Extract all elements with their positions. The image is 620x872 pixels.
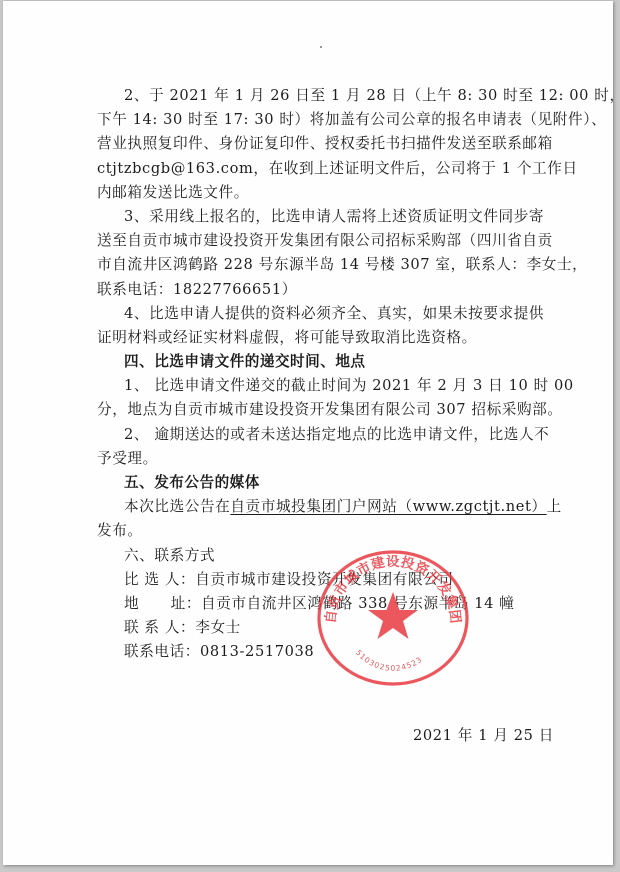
contact-row-person: 联 系 人：李女士 bbox=[97, 616, 537, 640]
text-line: 本次比选公告在自贡市城投集团门户网站（www.zgctjt.net）上 bbox=[97, 495, 537, 519]
text-line: 分，地点为自贡市城市建设投资开发集团有限公司 307 招标采购部。 bbox=[97, 398, 537, 422]
text-line: 送至自贡市城市建设投资开发集团有限公司招标采购部（四川省自贡 bbox=[97, 229, 537, 253]
scan-speck bbox=[320, 46, 322, 48]
text-line: 1、 比选申请文件递交的截止时间为 2021 年 2 月 3 日 10 时 00 bbox=[97, 374, 537, 398]
paragraph-submission-1: 1、 比选申请文件递交的截止时间为 2021 年 2 月 3 日 10 时 00… bbox=[97, 374, 537, 422]
contact-label: 联 系 人： bbox=[124, 616, 195, 640]
section-heading-contact: 六、联系方式 bbox=[97, 544, 537, 568]
contact-list: 比 选 人：自贡市城市建设投资开发集团有限公司 地 址：自贡市自流井区鸿鹤路 3… bbox=[97, 568, 537, 665]
media-suffix: 上 bbox=[547, 498, 562, 515]
text-line: 2、于 2021 年 1 月 26 日至 1 月 28 日（上午 8: 30 时… bbox=[97, 84, 537, 108]
text-line: 4、比选申请人提供的资料必须齐全、真实，如果未按要求提供 bbox=[97, 302, 537, 326]
contact-value: 自贡市城市建设投资开发集团有限公司 bbox=[195, 571, 453, 588]
contact-value: 0813-2517038 bbox=[200, 643, 314, 660]
paragraph-item-4: 4、比选申请人提供的资料必须齐全、真实，如果未按要求提供 证明材料或经证实材料虚… bbox=[97, 302, 537, 350]
text-line: 发布。 bbox=[97, 519, 537, 543]
contact-row-address: 地 址：自贡市自流井区鸿鹤路 338 号东源半岛 14 幢 bbox=[97, 592, 537, 616]
paragraph-item-2: 2、于 2021 年 1 月 26 日至 1 月 28 日（上午 8: 30 时… bbox=[97, 84, 537, 205]
text-line: 市自流井区鸿鹤路 228 号东源半岛 14 号楼 307 室，联系人：李女士， bbox=[97, 253, 537, 277]
section-heading-submission: 四、比选申请文件的递交时间、地点 bbox=[97, 350, 537, 374]
text-line: 联系电话：18227766651） bbox=[97, 278, 537, 302]
text-line: 下午 14: 30 时至 17: 30 时）将加盖有公司公章的报名申请表（见附件… bbox=[97, 108, 537, 132]
website-link[interactable]: 自贡市城投集团门户网站（www.zgctjt.net） bbox=[230, 498, 546, 515]
contact-value: 李女士 bbox=[195, 619, 241, 636]
document-page: 2、于 2021 年 1 月 26 日至 1 月 28 日（上午 8: 30 时… bbox=[3, 1, 613, 865]
text-line: 内邮箱发送比选文件。 bbox=[97, 181, 537, 205]
contact-row-company: 比 选 人：自贡市城市建设投资开发集团有限公司 bbox=[97, 568, 537, 592]
paragraph-item-3: 3、采用线上报名的，比选申请人需将上述资质证明文件同步寄 送至自贡市城市建设投资… bbox=[97, 205, 537, 302]
media-prefix: 本次比选公告在 bbox=[124, 498, 230, 515]
document-body: 2、于 2021 年 1 月 26 日至 1 月 28 日（上午 8: 30 时… bbox=[97, 84, 537, 665]
paragraph-submission-2: 2、 逾期送达的或者未送达指定地点的比选申请文件，比选人不 予受理。 bbox=[97, 423, 537, 471]
document-date: 2021 年 1 月 25 日 bbox=[413, 724, 554, 745]
section-heading-media: 五、发布公告的媒体 bbox=[97, 471, 537, 495]
text-line: 营业执照复印件、身份证复印件、授权委托书扫描件发送至联系邮箱 bbox=[97, 132, 537, 156]
contact-label: 比 选 人： bbox=[124, 568, 195, 592]
text-line: 证明材料或经证实材料虚假，将可能导致取消比选资格。 bbox=[97, 326, 537, 350]
text-line: ctjtzbcgb@163.com，在收到上述证明文件后，公司将于 1 个工作日 bbox=[97, 157, 537, 181]
text-line: 2、 逾期送达的或者未送达指定地点的比选申请文件，比选人不 bbox=[97, 423, 537, 447]
contact-value: 自贡市自流井区鸿鹤路 338 号东源半岛 14 幢 bbox=[201, 595, 514, 612]
text-line: 予受理。 bbox=[97, 447, 537, 471]
contact-row-phone: 联系电话：0813-2517038 bbox=[97, 640, 537, 664]
contact-label: 联系电话： bbox=[124, 640, 200, 664]
text-line: 3、采用线上报名的，比选申请人需将上述资质证明文件同步寄 bbox=[97, 205, 537, 229]
contact-label: 地 址： bbox=[124, 592, 201, 616]
